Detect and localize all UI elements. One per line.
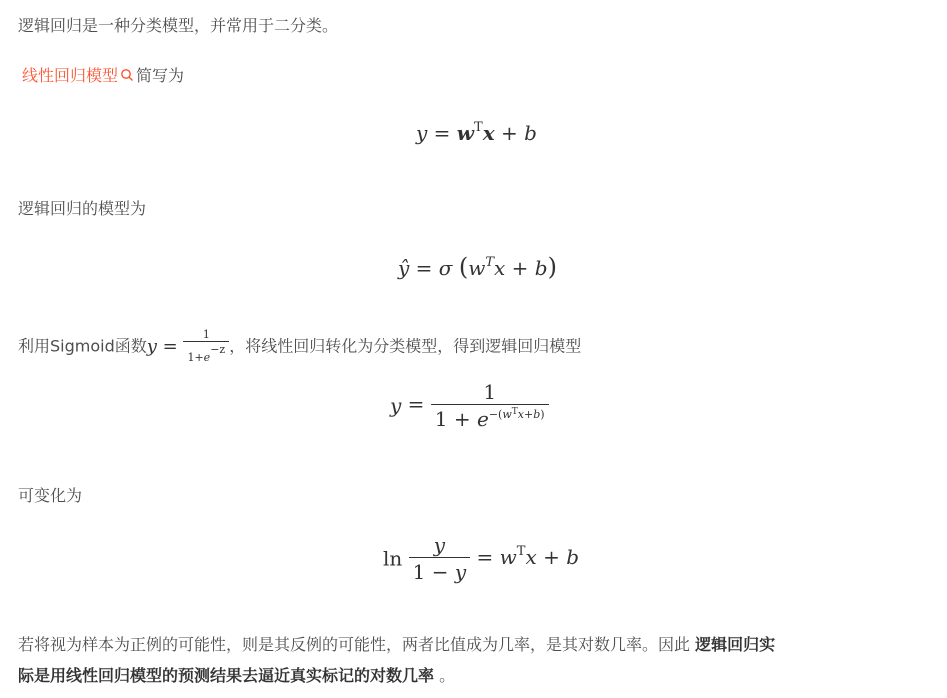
equation-logistic: ŷ = σ (wTx + b) <box>398 253 557 281</box>
paragraph-linear-model: 线性回归模型简写为 <box>22 64 184 88</box>
paragraph-sigmoid: 利用Sigmoid函数y = 11+e−z，将线性回归转化为分类模型，得到逻辑回… <box>18 329 581 364</box>
search-icon[interactable] <box>120 65 136 81</box>
paragraph-text: 利用Sigmoid函数 <box>18 337 147 356</box>
paragraph-intro: 逻辑回归是一种分类模型，并常用于二分类。 <box>18 14 338 38</box>
paragraph-text: ，将线性回归转化为分类模型，得到逻辑回归模型 <box>229 337 581 356</box>
paragraph-text: 若将视为样本为正例的可能性，则是其反例的可能性，两者比值成为几率，是其对数几率。… <box>18 635 690 654</box>
equation-linear: y = wTx + b <box>416 120 537 145</box>
inline-sigmoid-formula: y = 11+e−z <box>147 336 229 357</box>
linear-regression-link[interactable]: 线性回归模型 <box>22 66 118 85</box>
bold-text: 逻辑回归实 <box>695 635 775 654</box>
equation-log-odds: ln y1 − y = wTx + b <box>383 533 579 584</box>
paragraph-logistic-model: 逻辑回归的模型为 <box>18 197 146 221</box>
equation-sigmoid-logistic: y = 11 + e−(wTx+b) <box>390 380 549 431</box>
paragraph-text: 简写为 <box>136 66 184 85</box>
paragraph-conclusion-line1: 若将视为样本为正例的可能性，则是其反例的可能性，两者比值成为几率，是其对数几率。… <box>18 633 775 657</box>
bold-text: 际是用线性回归模型的预测结果去逼近真实标记的对数几率 <box>18 666 434 685</box>
paragraph-conclusion-line2: 际是用线性回归模型的预测结果去逼近真实标记的对数几率 。 <box>18 664 455 688</box>
paragraph-text: 。 <box>439 666 455 685</box>
paragraph-transform: 可变化为 <box>18 484 82 508</box>
